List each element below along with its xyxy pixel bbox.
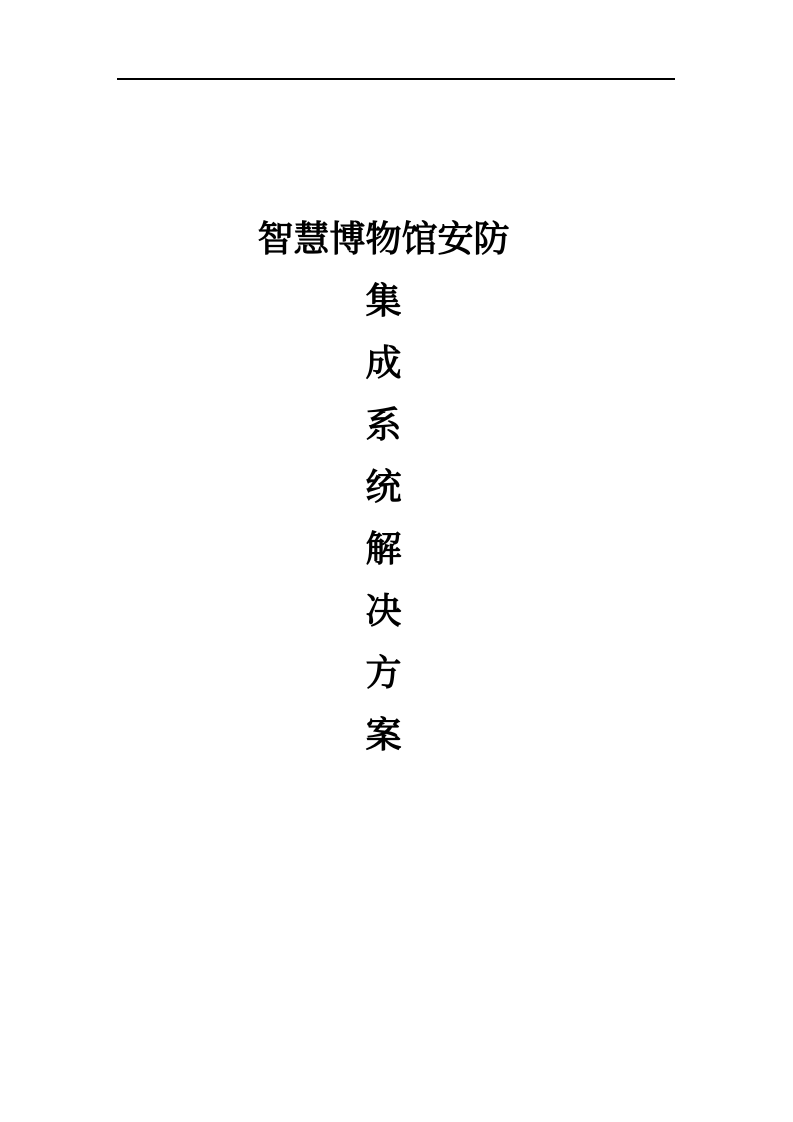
document-page: 智慧博物馆安防 集 成 系 统 解 决 方 案 [0, 0, 793, 1122]
subtitle-char-5: 解 [0, 519, 780, 581]
subtitle-char-7: 方 [0, 643, 780, 705]
subtitle-char-8: 案 [0, 705, 780, 767]
subtitle-char-3: 系 [0, 395, 780, 457]
subtitle-char-6: 决 [0, 581, 780, 643]
subtitle-char-4: 统 [0, 457, 780, 519]
document-title: 智慧博物馆安防 [0, 209, 780, 271]
header-rule [117, 78, 675, 80]
subtitle-char-2: 成 [0, 333, 780, 395]
cover-text-block: 智慧博物馆安防 集 成 系 统 解 决 方 案 [0, 209, 780, 767]
subtitle-char-1: 集 [0, 271, 780, 333]
